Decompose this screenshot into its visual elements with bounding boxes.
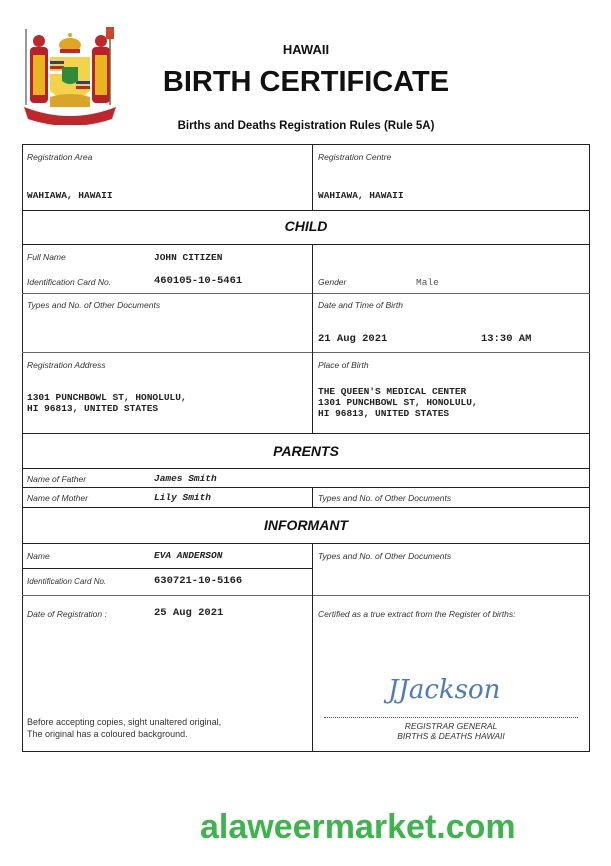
informant-other-docs-label: Types and No. of Other Documents: [318, 551, 451, 561]
coat-of-arms-emblem-icon: [20, 25, 120, 125]
row-divider: [22, 487, 590, 488]
row-divider: [22, 210, 590, 211]
registrar-title-line1: REGISTRAR GENERAL: [312, 721, 590, 731]
child-full-name-label: Full Name: [27, 252, 66, 262]
registration-address-line1: 1301 PUNCHBOWL ST, HONOLULU,: [27, 392, 187, 403]
row-divider: [22, 568, 312, 569]
document-title: BIRTH CERTIFICATE: [156, 66, 456, 99]
registration-centre-value: WAHIAWA, HAWAII: [318, 190, 404, 201]
rule-subtitle: Births and Deaths Registration Rules (Ru…: [136, 120, 476, 132]
row-divider: [22, 543, 590, 544]
date-of-registration-value: 25 Aug 2021: [154, 608, 223, 619]
place-of-birth-line2: 1301 PUNCHBOWL ST, HONOLULU,: [318, 397, 478, 408]
mother-name-value: Lily Smith: [154, 492, 211, 503]
informant-name-value: EVA ANDERSON: [154, 550, 222, 561]
place-of-birth-line3: HI 96813, UNITED STATES: [318, 408, 449, 419]
father-name-label: Name of Father: [27, 474, 86, 484]
informant-id-label: Identification Card No.: [27, 577, 106, 586]
note-line2: The original has a coloured background.: [27, 729, 188, 741]
section-child-title: CHILD: [22, 218, 590, 234]
column-divider: [312, 487, 313, 507]
dob-date-value: 21 Aug 2021: [318, 334, 387, 345]
informant-name-label: Name: [27, 551, 50, 561]
father-name-value: James Smith: [154, 473, 217, 484]
note-line1: Before accepting copies, sight unaltered…: [27, 717, 221, 729]
signature-text: JJackson: [383, 675, 500, 705]
gender-label: Gender: [318, 277, 346, 287]
section-parents-title: PARENTS: [22, 443, 590, 459]
row-divider: [22, 352, 590, 353]
row-divider: [22, 293, 590, 294]
child-id-value: 460105-10-5461: [154, 276, 242, 287]
row-divider: [22, 468, 590, 469]
registration-address-line2: HI 96813, UNITED STATES: [27, 403, 158, 414]
place-of-birth-line1: THE QUEEN'S MEDICAL CENTER: [318, 386, 466, 397]
state-heading: HAWAII: [156, 42, 456, 57]
child-other-docs-label: Types and No. of Other Documents: [27, 300, 160, 310]
row-divider: [22, 595, 590, 596]
watermark-text: alaweermarket.com: [200, 808, 516, 847]
place-of-birth-label: Place of Birth: [318, 360, 369, 370]
registration-address-label: Registration Address: [27, 360, 106, 370]
date-of-registration-label: Date of Registration :: [27, 609, 107, 619]
column-divider: [312, 144, 313, 210]
dob-label: Date and Time of Birth: [318, 300, 403, 310]
child-full-name-value: JOHN CITIZEN: [154, 252, 222, 263]
section-informant-title: INFORMANT: [22, 517, 590, 533]
column-divider: [312, 244, 313, 433]
dob-time-value: 13:30 AM: [481, 334, 531, 345]
row-divider: [22, 433, 590, 434]
informant-id-value: 630721-10-5166: [154, 576, 242, 587]
gender-value: Male: [416, 277, 439, 288]
registration-area-label: Registration Area: [27, 152, 92, 162]
signature-line: [324, 717, 578, 718]
parents-other-docs-label: Types and No. of Other Documents: [318, 493, 451, 503]
row-divider: [22, 244, 590, 245]
row-divider: [22, 507, 590, 508]
child-id-label: Identification Card No.: [27, 277, 111, 287]
registration-area-value: WAHIAWA, HAWAII: [27, 190, 113, 201]
mother-name-label: Name of Mother: [27, 493, 88, 503]
registration-centre-label: Registration Centre: [318, 152, 391, 162]
registrar-title-line2: BIRTHS & DEATHS HAWAII: [312, 731, 590, 741]
certified-text: Certified as a true extract from the Reg…: [318, 609, 515, 619]
registrar-signature-icon: JJackson: [378, 668, 528, 708]
